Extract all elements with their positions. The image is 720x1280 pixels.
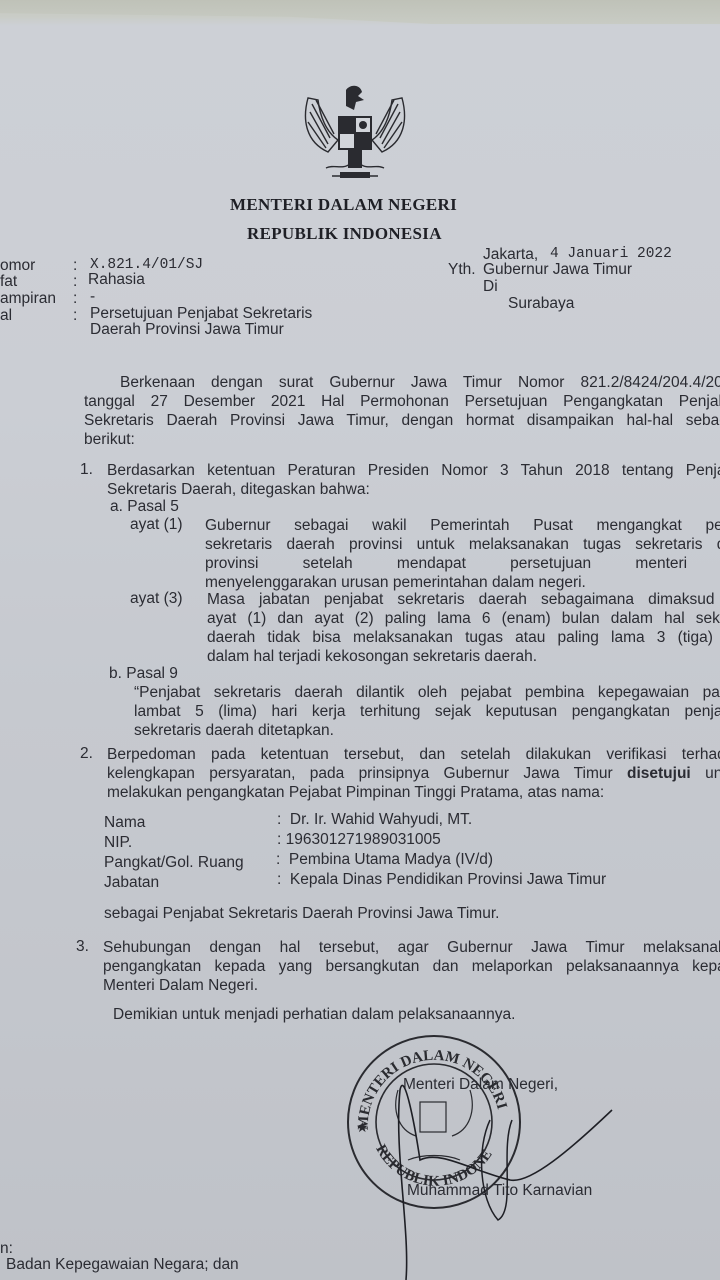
point1-text: Berdasarkan ketentuan Peraturan Presiden… [107, 461, 720, 499]
letter-date: 4 Januari 2022 [550, 246, 672, 262]
meta-sep: : [73, 290, 77, 308]
meta-sep: : [73, 307, 77, 325]
field-value-nip: : 196301271989031005 [277, 831, 441, 849]
meta-sep: : [73, 273, 77, 291]
meta-label-lampiran: ampiran [0, 290, 56, 308]
field-value-jabatan: : Kepala Dinas Pendidikan Provinsi Jawa … [277, 871, 606, 889]
svg-text:★: ★ [356, 1119, 369, 1135]
meta-value-hal-line2: Daerah Provinsi Jawa Timur [90, 321, 284, 339]
field-label-nama: Nama [104, 814, 145, 832]
pasal-9-label: b. Pasal 9 [109, 665, 178, 683]
point1-number: 1. [80, 461, 93, 479]
addressee-name: Gubernur Jawa Timur [483, 261, 632, 279]
letterhead-line2: REPUBLIK INDONESIA [247, 224, 442, 244]
ayat3-text: Masa jabatan penjabat sekretaris daerah … [207, 590, 720, 666]
closing-remark: Demikian untuk menjadi perhatian dalam p… [113, 1006, 515, 1024]
ayat3-label: ayat (3) [130, 590, 183, 608]
cc-item-1: Badan Kepegawaian Negara; dan [6, 1256, 239, 1274]
meta-label-hal: al [0, 307, 12, 325]
meta-label-sifat: fat [0, 273, 17, 291]
pasal-9-text: “Penjabat sekretaris daerah dilantik ole… [134, 683, 720, 740]
addressee-di: Di [483, 278, 498, 296]
field-value-pangkat: : Pembina Utama Madya (IV/d) [276, 851, 493, 869]
field-label-jabatan: Jabatan [104, 874, 159, 892]
meta-value-lampiran: - [90, 288, 95, 306]
point2-number: 2. [80, 745, 93, 763]
handwritten-signature-icon [380, 1060, 640, 1280]
letterhead-line1: MENTERI DALAM NEGERI [230, 195, 457, 215]
point3-text: Sehubungan dengan hal tersebut, agar Gub… [103, 938, 720, 995]
point2-text: Berpedoman pada ketentuan tersebut, dan … [107, 745, 720, 802]
addressee-city: Surabaya [508, 295, 574, 313]
field-value-nama: : Dr. Ir. Wahid Wahyudi, MT. [277, 811, 472, 829]
field-label-nip: NIP. [104, 834, 132, 852]
appointee-role: sebagai Penjabat Sekretaris Daerah Provi… [104, 905, 499, 923]
ayat1-label: ayat (1) [130, 516, 183, 534]
background-edge [0, 0, 720, 24]
approved-emphasis: disetujui [627, 765, 691, 782]
point3-number: 3. [76, 938, 89, 956]
field-label-pangkat: Pangkat/Gol. Ruang [104, 854, 244, 872]
pasal-5-label: a. Pasal 5 [110, 498, 179, 516]
meta-value-sifat: Rahasia [88, 271, 145, 289]
garuda-emblem-icon [298, 80, 412, 188]
intro-paragraph: Berkenaan dengan surat Gubernur Jawa Tim… [84, 373, 720, 449]
addressee-prefix: Yth. [448, 261, 476, 279]
ayat1-text: Gubernur sebagai wakil Pemerintah Pusat … [205, 516, 720, 592]
